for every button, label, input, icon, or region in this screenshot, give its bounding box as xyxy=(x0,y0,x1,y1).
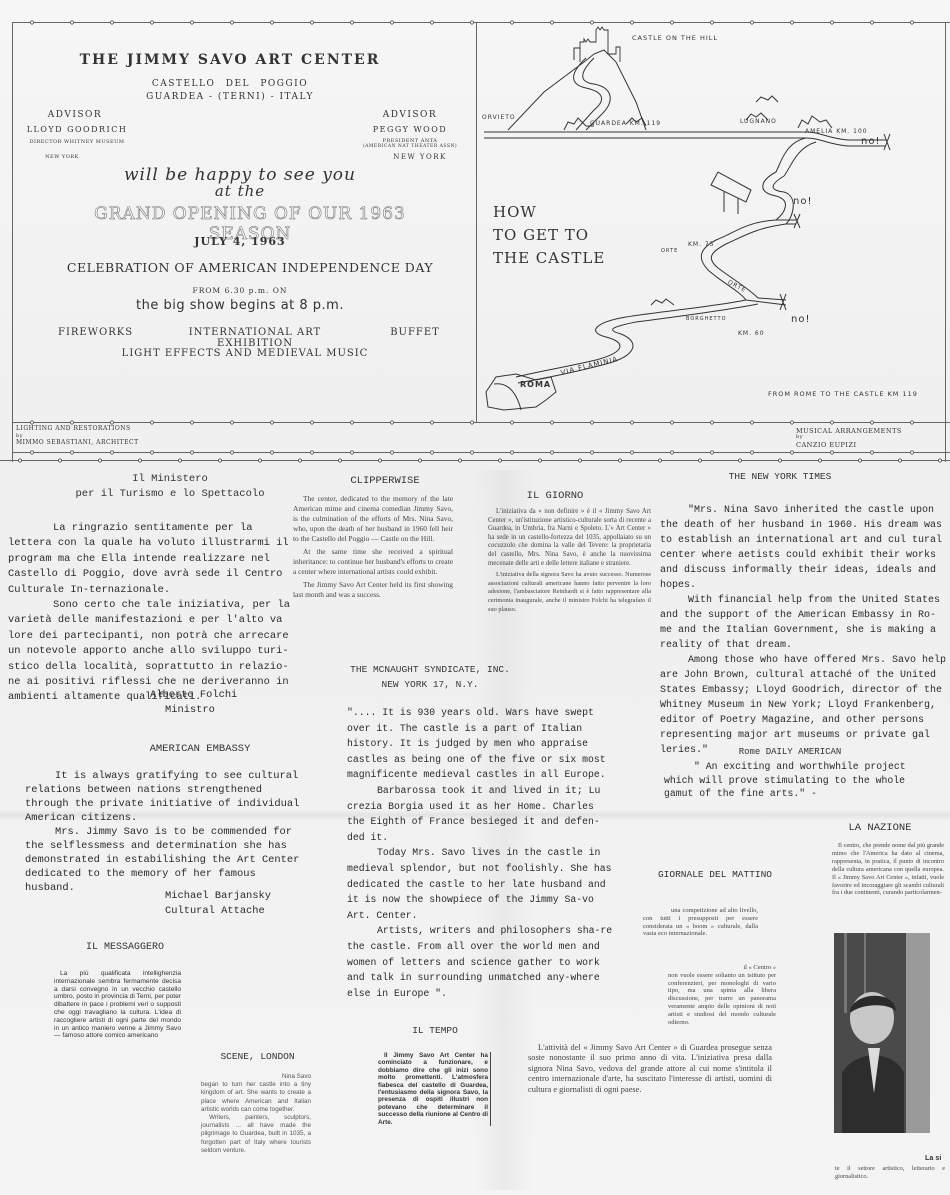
advisor-right-name: PEGGY WOOD xyxy=(360,125,460,134)
border-credits-top xyxy=(12,422,950,423)
giornale-mattino-heading: GIORNALE DEL MATTINO xyxy=(640,869,790,880)
scene-london-para-1: began to turn her castle into a tiny kin… xyxy=(201,1081,311,1114)
distance-note: FROM ROME TO THE CASTLE KM 119 xyxy=(768,390,918,398)
embassy-letter: It is always gratifying to see cultural … xyxy=(25,769,305,895)
clipperwise-heading: CLIPPERWISE xyxy=(330,475,440,487)
scene-london-article: Nina Savo began to turn her castle into … xyxy=(201,1073,311,1155)
clipperwise-para-1: The center, dedicated to the memory of t… xyxy=(293,494,453,544)
how-to-line-2: TO GET TO xyxy=(493,226,589,244)
il-giorno-para-2: L'iniziativa della signora Savo ha avuto… xyxy=(488,571,651,614)
advisor-right-role-2: (AMERICAN NAT THEATER ASSN) xyxy=(358,144,462,149)
mcnaught-heading-1: THE MCNAUGHT SYNDICATE, INC. xyxy=(330,664,530,675)
il-messaggero-heading: IL MESSAGGERO xyxy=(70,942,180,953)
event-art-exhibition: INTERNATIONAL ART EXHIBITION xyxy=(150,327,360,349)
il-tempo-article: Il Jimmy Savo Art Center ha cominciato a… xyxy=(378,1052,491,1126)
mcnaught-article: ".... It is 930 years old. Wars have swe… xyxy=(347,705,615,1001)
place-orte: ORTE xyxy=(661,248,678,254)
big-show-time: the big show begins at 8 p.m. xyxy=(110,298,370,313)
event-fireworks: FIREWORKS xyxy=(58,327,138,338)
castle-on-hill-label: CASTLE ON THE HILL xyxy=(632,34,718,42)
embassy-para-1: It is always gratifying to see cultural … xyxy=(25,769,305,825)
il-messaggero-article: La più qualificata intellighenzia intern… xyxy=(54,970,181,1040)
mcnaught-heading-2: NEW YORK 17, N.Y. xyxy=(330,679,530,690)
giornale-mattino-para-2: il « Centro » non vuole essere soltanto … xyxy=(668,964,776,1026)
event-buffet: BUFFET xyxy=(385,327,445,338)
portrait-figure-icon xyxy=(834,933,930,1133)
place-guardea: GUARDEA KM. 119 xyxy=(590,120,661,127)
mcnaught-para-3: Today Mrs. Savo lives in the castle in m… xyxy=(347,845,615,923)
nyt-article: "Mrs. Nina Savo inherited the castle upo… xyxy=(660,503,948,758)
no-label-amelia: no! xyxy=(861,136,880,147)
advisor-left-city: NEW YORK xyxy=(22,154,102,160)
mcnaught-para-1: ".... It is 930 years old. Wars have swe… xyxy=(347,705,615,783)
clipperwise-para-3: The Jimmy Savo Art Center held its first… xyxy=(293,580,453,600)
border-credits-bottom xyxy=(12,452,950,453)
rome-daily-quote: " An exciting and worthwhile project whi… xyxy=(664,760,932,801)
embassy-heading: AMERICAN EMBASSY xyxy=(130,743,270,755)
how-to-line-3: THE CASTLE xyxy=(493,249,605,267)
il-giorno-article: L'iniziativa da « non definire » è il « … xyxy=(488,508,651,614)
place-lugnano: LUGNANO xyxy=(740,118,777,125)
la-nazione-heading: LA NAZIONE xyxy=(840,822,920,834)
lighting-credit-name: MIMMO SEBASTIANI, ARCHITECT xyxy=(16,439,216,446)
advisor-right-label: ADVISOR xyxy=(365,110,455,120)
il-tempo-heading: IL TEMPO xyxy=(395,1025,475,1036)
no-label-orte: no! xyxy=(793,196,812,207)
embassy-signature-name: Michael Barjansky xyxy=(165,889,271,904)
mcnaught-para-2: Barbarossa took it and lived in it; Lu c… xyxy=(347,783,615,845)
music-credit-by: by xyxy=(796,434,816,440)
jimmy-savo-portrait-photo xyxy=(834,933,930,1133)
il-messaggero-text: La più qualificata intellighenzia intern… xyxy=(54,970,181,1040)
place-km60: KM. 60 xyxy=(738,330,765,337)
ministero-letter: La ringrazio sentitamente per la lettera… xyxy=(8,521,290,706)
rome-daily-heading: Rome DAILY AMERICAN xyxy=(720,747,860,757)
ministero-heading-2: per il Turismo e lo Spettacolo xyxy=(60,488,280,500)
il-tempo-text: Il Jimmy Savo Art Center ha cominciato a… xyxy=(378,1052,488,1126)
location-line-2: GUARDEA - (TERNI) - ITALY xyxy=(60,92,400,102)
advisor-left-role: DIRECTOR WHITNEY MUSEUM xyxy=(22,139,132,145)
advisor-left-label: ADVISOR xyxy=(30,110,120,120)
il-giorno-para-1: L'iniziativa da « non definire » è il « … xyxy=(488,508,651,568)
nyt-para-3: Among those who have offered Mrs. Savo h… xyxy=(660,653,948,758)
rome-daily-text: " An exciting and worthwhile project whi… xyxy=(664,760,932,801)
giornale-mattino-lead: il « Centro » xyxy=(668,964,776,972)
nyt-heading: THE NEW YORK TIMES xyxy=(700,471,860,482)
clipperwise-article: The center, dedicated to the memory of t… xyxy=(293,494,453,600)
ministero-heading-1: Il Ministero xyxy=(60,473,280,485)
scene-london-lead: Nina Savo xyxy=(201,1073,311,1081)
how-to-line-1: HOW xyxy=(493,203,537,221)
clipperwise-para-2: At the same time she received a spiritua… xyxy=(293,547,453,577)
scene-london-para-2: Writers, painters, sculptors, journalist… xyxy=(201,1114,311,1155)
giornale-mattino-para-1: una competizione ad alto livello, con tu… xyxy=(643,907,758,938)
place-orvieto: ORVIETO xyxy=(482,114,516,121)
la-nazione-caption-bold: La si xyxy=(925,1153,941,1162)
lighting-credit-label: LIGHTING AND RESTORATIONS xyxy=(16,425,216,432)
nyt-para-2: With financial help from the United Stat… xyxy=(660,593,948,653)
place-borghetto: BORGHETTO xyxy=(686,316,727,322)
event-lights-music: LIGHT EFFECTS AND MEDIEVAL MUSIC xyxy=(110,348,380,359)
il-giorno-heading: IL GIORNO xyxy=(510,490,600,502)
border-left xyxy=(12,22,13,462)
place-amelia: AMELIA KM. 100 xyxy=(805,128,868,135)
border-bottom xyxy=(0,460,950,461)
route-map-illustration xyxy=(476,22,946,422)
music-credit-name: CANZIO EUPIZI xyxy=(796,441,946,449)
advisor-right-city: NEW YORK xyxy=(380,153,460,161)
savo-activity-clipping: L'attività del « Jimmy Savo Art Center »… xyxy=(528,1043,772,1095)
giornale-mattino-text-1: una competizione ad alto livello, con tu… xyxy=(643,907,758,938)
savo-activity-text: L'attività del « Jimmy Savo Art Center »… xyxy=(528,1043,772,1095)
location-line-1: CASTELLO DEL POGGIO xyxy=(60,79,400,89)
ministero-signature-name: Alberto Folchi xyxy=(150,688,237,703)
invite-script-line-2: at the xyxy=(150,182,330,200)
place-roma: ROMA xyxy=(520,380,551,389)
la-nazione-text: Il centro, che prende nome dal più grand… xyxy=(832,842,944,897)
ministero-para-2: Sono certo che tale iniziativa, per la v… xyxy=(8,598,290,706)
advisor-left-name: LLOYD GOODRICH xyxy=(22,125,132,134)
ministero-signature-title: Ministro xyxy=(165,703,215,718)
nyt-para-1: "Mrs. Nina Savo inherited the castle upo… xyxy=(660,503,948,593)
place-orte-km: KM. 75 xyxy=(688,241,715,248)
embassy-signature-title: Cultural Attache xyxy=(165,904,265,919)
no-label-borghetto: no! xyxy=(791,314,810,325)
ministero-para-1: La ringrazio sentitamente per la lettera… xyxy=(8,521,290,598)
scene-london-heading: SCENE, LONDON xyxy=(210,1051,305,1062)
music-credit-label: MUSICAL ARRANGEMENTS xyxy=(796,427,946,435)
celebration-line: CELEBRATION OF AMERICAN INDEPENDENCE DAY xyxy=(40,260,460,275)
art-center-title: THE JIMMY SAVO ART CENTER xyxy=(60,52,400,68)
la-nazione-caption-end: te il settore artistico, letterario e gi… xyxy=(835,1165,945,1180)
event-date: JULY 4, 1963 xyxy=(150,235,330,248)
la-nazione-article: Il centro, che prende nome dal più grand… xyxy=(832,842,944,897)
start-time: FROM 6.30 p.m. ON xyxy=(170,286,310,295)
mcnaught-para-4: Artists, writers and philosophers sha-re… xyxy=(347,923,615,1001)
embassy-para-2: Mrs. Jimmy Savo is to be commended for t… xyxy=(25,825,305,895)
giornale-mattino-text-2: non vuole essere soltanto un istituto pe… xyxy=(668,972,776,1027)
